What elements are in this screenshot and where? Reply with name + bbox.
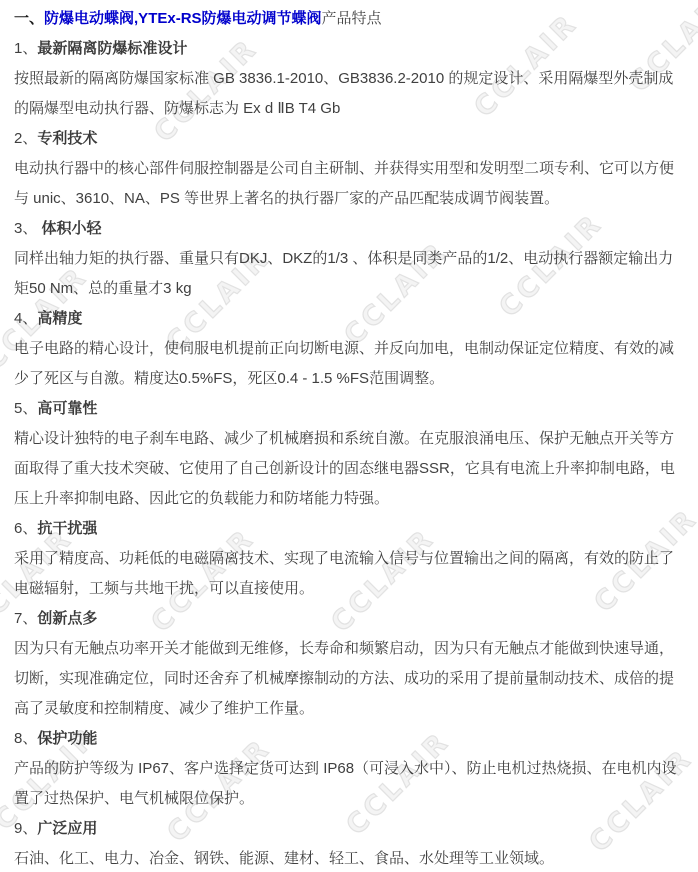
section-heading: 1、最新隔离防爆标准设计 bbox=[14, 34, 688, 64]
section-title: 高可靠性 bbox=[37, 400, 97, 417]
section-title: 保护功能 bbox=[37, 730, 97, 747]
section-6: 6、抗干扰强 采用了精度高、功耗低的电磁隔离技术、实现了电流输入信号与位置输出之… bbox=[14, 514, 688, 604]
section-number: 1、 bbox=[14, 40, 37, 57]
section-number: 7、 bbox=[14, 610, 37, 627]
title-product-link[interactable]: 防爆电动蝶阀,YTEx-RS防爆电动调节蝶阀 bbox=[44, 10, 322, 27]
section-number: 3、 bbox=[14, 220, 42, 237]
section-title: 最新隔离防爆标准设计 bbox=[37, 40, 187, 57]
section-heading: 3、 体积小轻 bbox=[14, 214, 688, 244]
section-body: 精心设计独特的电子刹车电路、减少了机械磨损和系统自激。在克服浪涌电压、保护无触点… bbox=[14, 424, 688, 514]
section-heading: 7、创新点多 bbox=[14, 604, 688, 634]
product-features-document: 一、防爆电动蝶阀,YTEx-RS防爆电动调节蝶阀产品特点 1、最新隔离防爆标准设… bbox=[0, 0, 698, 872]
section-9: 9、广泛应用 石油、化工、电力、冶金、钢铁、能源、建材、轻工、食品、水处理等工业… bbox=[14, 814, 688, 872]
section-heading: 9、广泛应用 bbox=[14, 814, 688, 844]
section-body: 产品的防护等级为 IP67、客户选择定货可达到 IP68（可浸入水中）、防止电机… bbox=[14, 754, 688, 814]
section-number: 2、 bbox=[14, 130, 37, 147]
section-body: 因为只有无触点功率开关才能做到无维修，长寿命和频繁启动，因为只有无触点才能做到快… bbox=[14, 634, 688, 724]
section-title: 高精度 bbox=[37, 310, 82, 327]
page-title: 一、防爆电动蝶阀,YTEx-RS防爆电动调节蝶阀产品特点 bbox=[14, 4, 688, 34]
title-index: 一、 bbox=[14, 10, 44, 27]
section-body: 同样出轴力矩的执行器、重量只有DKJ、DKZ的1/3 、体积是同类产品的1/2、… bbox=[14, 244, 688, 304]
section-number: 9、 bbox=[14, 820, 37, 837]
section-title: 专利技术 bbox=[37, 130, 97, 147]
section-title: 体积小轻 bbox=[42, 220, 102, 237]
section-8: 8、保护功能 产品的防护等级为 IP67、客户选择定货可达到 IP68（可浸入水… bbox=[14, 724, 688, 814]
section-title: 创新点多 bbox=[37, 610, 97, 627]
section-4: 4、高精度 电子电路的精心设计，使伺服电机提前正向切断电源、并反向加电，电制动保… bbox=[14, 304, 688, 394]
section-body: 电动执行器中的核心部件伺服控制器是公司自主研制、并获得实用型和发明型二项专利、它… bbox=[14, 154, 688, 214]
section-heading: 5、高可靠性 bbox=[14, 394, 688, 424]
section-1: 1、最新隔离防爆标准设计 按照最新的隔离防爆国家标准 GB 3836.1-201… bbox=[14, 34, 688, 124]
document-root: { "page": { "title": { "prefix": "一、", "… bbox=[0, 0, 698, 872]
section-title: 广泛应用 bbox=[37, 820, 97, 837]
section-title: 抗干扰强 bbox=[37, 520, 97, 537]
section-5: 5、高可靠性 精心设计独特的电子刹车电路、减少了机械磨损和系统自激。在克服浪涌电… bbox=[14, 394, 688, 514]
section-heading: 2、专利技术 bbox=[14, 124, 688, 154]
section-heading: 8、保护功能 bbox=[14, 724, 688, 754]
section-7: 7、创新点多 因为只有无触点功率开关才能做到无维修，长寿命和频繁启动，因为只有无… bbox=[14, 604, 688, 724]
section-body: 石油、化工、电力、冶金、钢铁、能源、建材、轻工、食品、水处理等工业领域。 bbox=[14, 844, 688, 872]
section-body: 采用了精度高、功耗低的电磁隔离技术、实现了电流输入信号与位置输出之间的隔离，有效… bbox=[14, 544, 688, 604]
section-number: 6、 bbox=[14, 520, 37, 537]
section-3: 3、 体积小轻 同样出轴力矩的执行器、重量只有DKJ、DKZ的1/3 、体积是同… bbox=[14, 214, 688, 304]
section-2: 2、专利技术 电动执行器中的核心部件伺服控制器是公司自主研制、并获得实用型和发明… bbox=[14, 124, 688, 214]
section-number: 4、 bbox=[14, 310, 37, 327]
section-body: 电子电路的精心设计，使伺服电机提前正向切断电源、并反向加电，电制动保证定位精度、… bbox=[14, 334, 688, 394]
section-heading: 6、抗干扰强 bbox=[14, 514, 688, 544]
section-number: 8、 bbox=[14, 730, 37, 747]
section-number: 5、 bbox=[14, 400, 37, 417]
section-body: 按照最新的隔离防爆国家标准 GB 3836.1-2010、GB3836.2-20… bbox=[14, 64, 688, 124]
section-heading: 4、高精度 bbox=[14, 304, 688, 334]
title-suffix: 产品特点 bbox=[322, 10, 382, 27]
